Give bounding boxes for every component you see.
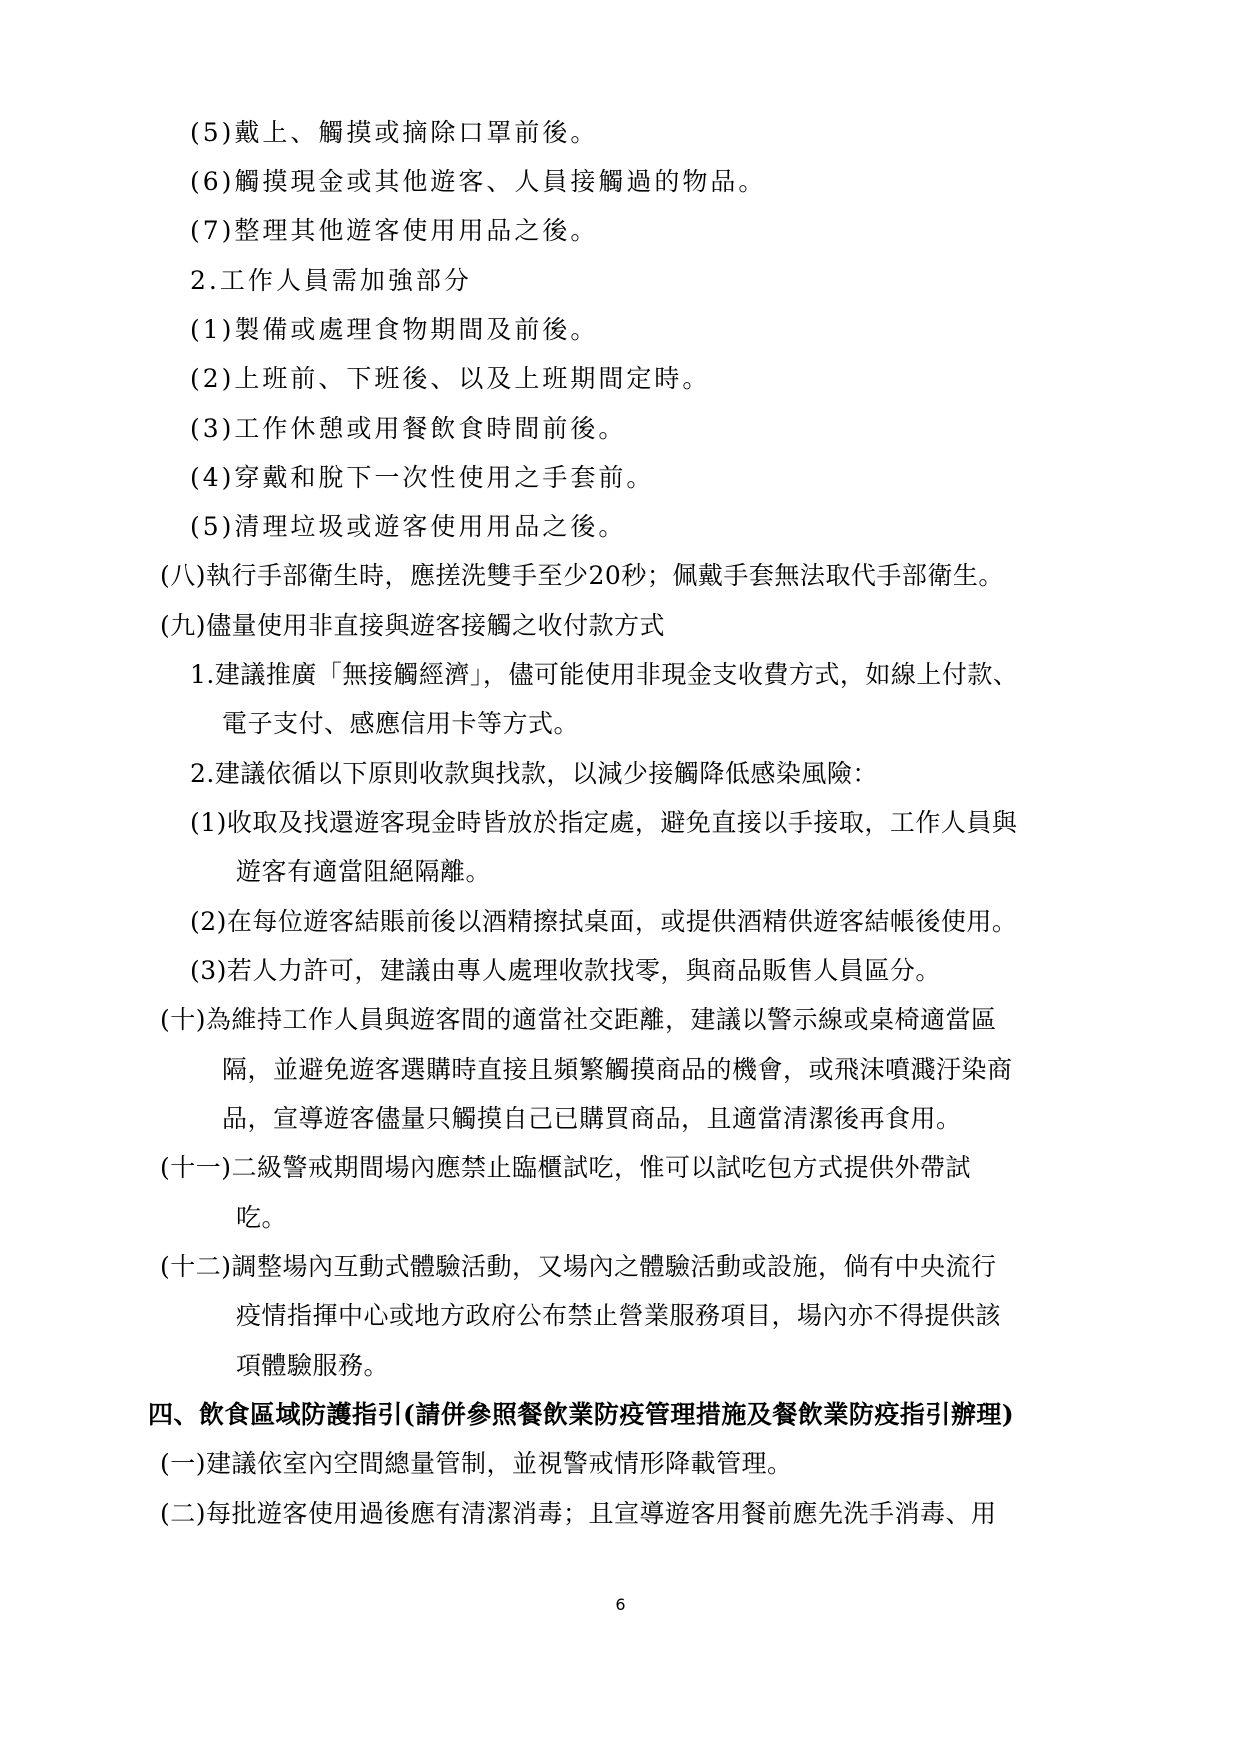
text-line: (九)儘量使用非直接與遊客接觸之收付款方式 [160, 611, 665, 641]
text-line: (十一)二級警戒期間場內應禁止臨櫃試吃，惟可以試吃包方式提供外帶試 [160, 1153, 971, 1183]
text-line: (3)若人力許可，建議由專人處理收款找零，與商品販售人員區分。 [190, 956, 941, 986]
text-line: (4)穿戴和脫下一次性使用之手套前。 [190, 463, 654, 493]
text-line: (八)執行手部衛生時，應搓洗雙手至少20秒；佩戴手套無法取代手部衛生。 [160, 561, 1004, 591]
page-number: 6 [0, 1595, 1241, 1614]
text-line: 品，宣導遊客儘量只觸摸自己已購買商品，且適當清潔後再食用。 [222, 1104, 962, 1134]
text-line: (5)戴上、觸摸或摘除口罩前後。 [190, 118, 598, 148]
text-line: (二)每批遊客使用過後應有清潔消毒；且宣導遊客用餐前應先洗手消毒、用 [160, 1499, 997, 1529]
text-line: 電子支付、感應信用卡等方式。 [222, 709, 579, 739]
text-line: (7)整理其他遊客使用用品之後。 [190, 216, 598, 246]
text-line: 遊客有適當阻絕隔離。 [236, 857, 491, 887]
text-line: (6)觸摸現金或其他遊客、人員接觸過的物品。 [190, 167, 766, 197]
text-line: (十)為維持工作人員與遊客間的適當社交距離，建議以警示線或桌椅適當區 [160, 1005, 997, 1035]
text-line: (3)工作休憩或用餐飲食時間前後。 [190, 414, 626, 444]
text-line: (5)清理垃圾或遊客使用用品之後。 [190, 512, 626, 542]
text-line: (一)建議依室內空間總量管制，並視警戒情形降載管理。 [160, 1449, 793, 1479]
section-heading: 四、飲食區域防護指引(請併參照餐飲業防疫管理措施及餐飲業防疫指引辦理) [148, 1400, 1014, 1430]
text-line: 2.建議依循以下原則收款與找款，以減少接觸降低感染風險： [190, 759, 878, 789]
text-line: (1)製備或處理食物期間及前後。 [190, 315, 598, 345]
text-line: 隔，並避免遊客選購時直接且頻繁觸摸商品的機會，或飛沫噴濺汙染商 [222, 1055, 1013, 1085]
text-line: (十二)調整場內互動式體驗活動，又場內之體驗活動或設施，倘有中央流行 [160, 1252, 997, 1282]
subsection-heading: 2.工作人員需加強部分 [190, 266, 472, 296]
text-line: 疫情指揮中心或地方政府公布禁止營業服務項目，場內亦不得提供該 [236, 1301, 1001, 1331]
text-line: 項體驗服務。 [236, 1351, 389, 1381]
text-line: (2)上班前、下班後、以及上班期間定時。 [190, 364, 710, 394]
text-line: 吃。 [236, 1203, 287, 1233]
text-line: (2)在每位遊客結賬前後以酒精擦拭桌面，或提供酒精供遊客結帳後使用。 [190, 907, 1017, 937]
text-line: 1.建議推廣「無接觸經濟」，儘可能使用非現金支收費方式，如線上付款、 [190, 660, 1018, 690]
document-page: (5)戴上、觸摸或摘除口罩前後。 (6)觸摸現金或其他遊客、人員接觸過的物品。 … [0, 0, 1241, 1755]
text-line: (1)收取及找還遊客現金時皆放於指定處，避免直接以手接取，工作人員與 [190, 808, 1017, 838]
